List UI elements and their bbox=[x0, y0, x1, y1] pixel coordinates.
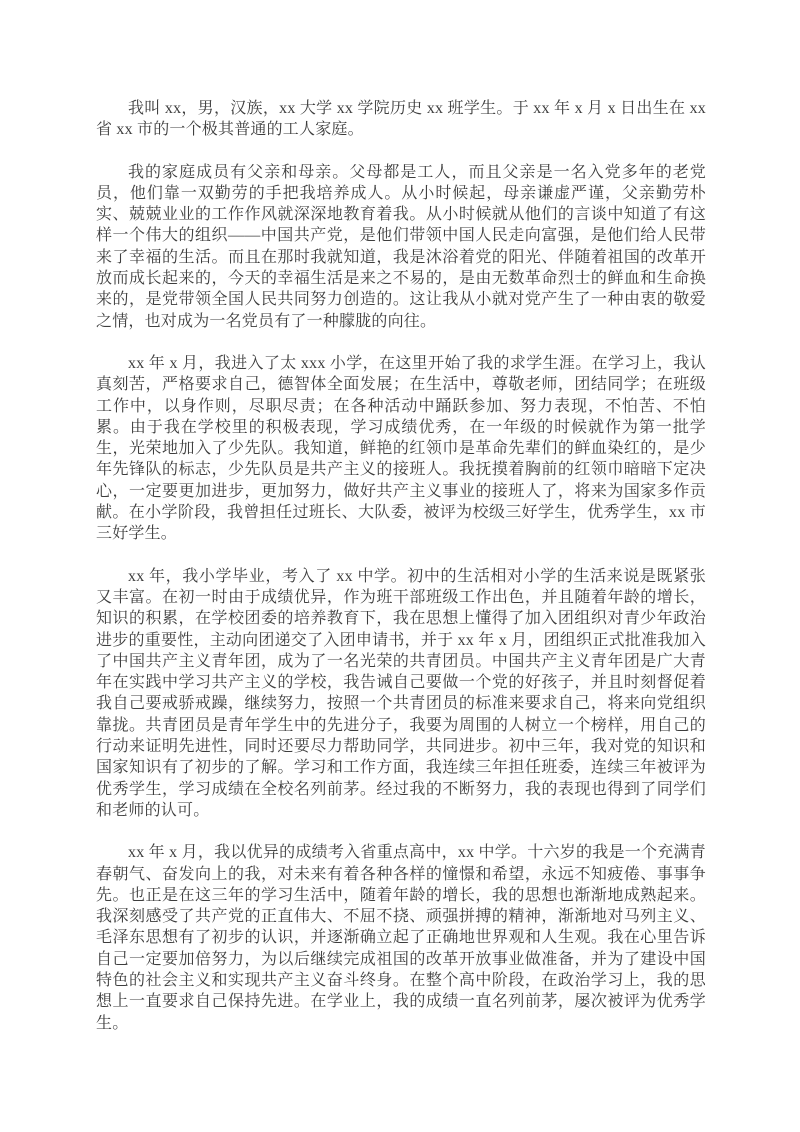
document-body: 我叫 xx，男，汉族，xx 大学 xx 学院历史 xx 班学生。于 xx 年 x… bbox=[96, 98, 706, 1034]
paragraph-middle-school: xx 年，我小学毕业，考入了 xx 中学。初中的生活相对小学的生活来说是既紧张又… bbox=[96, 566, 706, 822]
paragraph-intro: 我叫 xx，男，汉族，xx 大学 xx 学院历史 xx 班学生。于 xx 年 x… bbox=[96, 98, 706, 141]
paragraph-high-school: xx 年 x 月，我以优异的成绩考入省重点高中，xx 中学。十六岁的我是一个充满… bbox=[96, 842, 706, 1034]
document-page: 我叫 xx，男，汉族，xx 大学 xx 学院历史 xx 班学生。于 xx 年 x… bbox=[0, 0, 800, 1132]
paragraph-family: 我的家庭成员有父亲和母亲。父母都是工人，而且父亲是一名入党多年的老党员，他们靠一… bbox=[96, 162, 706, 332]
paragraph-primary-school: xx 年 x 月，我进入了太 xxx 小学，在这里开始了我的求学生涯。在学习上，… bbox=[96, 353, 706, 545]
